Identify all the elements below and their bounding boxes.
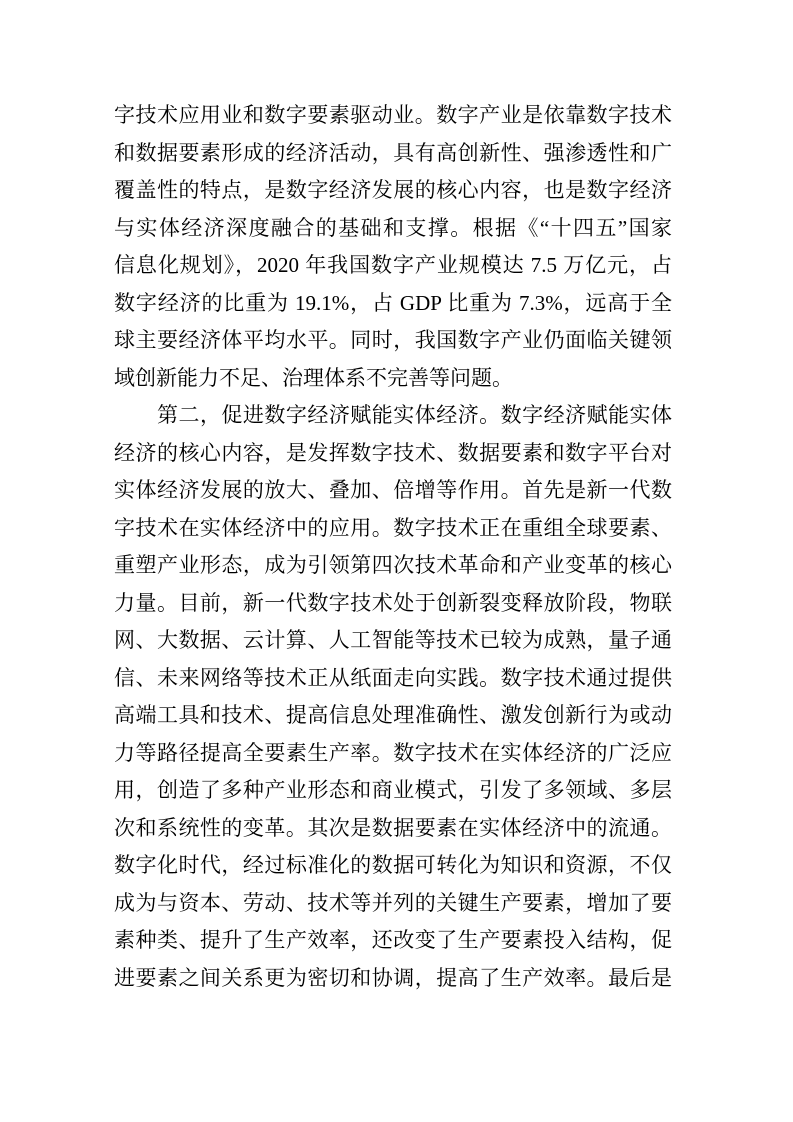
text-line: 次和系统性的变革。其次是数据要素在实体经济中的流通。 xyxy=(114,810,672,848)
text-line: 球主要经济体平均水平。同时，我国数字产业仍面临关键领 xyxy=(114,322,672,360)
text-line: 成为与资本、劳动、技术等并列的关键生产要素，增加了要 xyxy=(114,885,672,923)
text-line: 字技术应用业和数字要素驱动业。数字产业是依靠数字技术 xyxy=(114,97,672,135)
text-line: 覆盖性的特点，是数字经济发展的核心内容，也是数字经济 xyxy=(114,172,672,210)
text-line: 用，创造了多种产业形态和商业模式，引发了多领域、多层 xyxy=(114,772,672,810)
text-line: 高端工具和技术、提高信息处理准确性、激发创新行为或动 xyxy=(114,697,672,735)
text-line: 信、未来网络等技术正从纸面走向实践。数字技术通过提供 xyxy=(114,660,672,698)
text-line: 网、大数据、云计算、人工智能等技术已较为成熟，量子通 xyxy=(114,622,672,660)
text-line: 进要素之间关系更为密切和协调，提高了生产效率。最后是 xyxy=(114,960,672,998)
text-line: 素种类、提升了生产效率，还改变了生产要素投入结构，促 xyxy=(114,922,672,960)
text-line: 数字化时代，经过标准化的数据可转化为知识和资源，不仅 xyxy=(114,847,672,885)
document-page: 字技术应用业和数字要素驱动业。数字产业是依靠数字技术和数据要素形成的经济活动，具… xyxy=(0,0,793,1122)
text-line: 与实体经济深度融合的基础和支撑。根据《“十四五”国家 xyxy=(114,210,672,248)
text-line: 重塑产业形态，成为引领第四次技术革命和产业变革的核心 xyxy=(114,547,672,585)
text-line: 实体经济发展的放大、叠加、倍增等作用。首先是新一代数 xyxy=(114,472,672,510)
text-line: 和数据要素形成的经济活动，具有高创新性、强渗透性和广 xyxy=(114,135,672,173)
text-line: 经济的核心内容，是发挥数字技术、数据要素和数字平台对 xyxy=(114,435,672,473)
text-line: 第二，促进数字经济赋能实体经济。数字经济赋能实体 xyxy=(114,397,672,435)
text-line: 数字经济的比重为 19.1%，占 GDP 比重为 7.3%，远高于全 xyxy=(114,285,672,323)
paragraph-digital-industry: 字技术应用业和数字要素驱动业。数字产业是依靠数字技术和数据要素形成的经济活动，具… xyxy=(114,97,672,397)
text-line: 域创新能力不足、治理体系不完善等问题。 xyxy=(114,360,672,398)
document-body: 字技术应用业和数字要素驱动业。数字产业是依靠数字技术和数据要素形成的经济活动，具… xyxy=(114,97,672,997)
paragraph-empowering-real-economy: 第二，促进数字经济赋能实体经济。数字经济赋能实体经济的核心内容，是发挥数字技术、… xyxy=(114,397,672,997)
text-line: 力量。目前，新一代数字技术处于创新裂变释放阶段，物联 xyxy=(114,585,672,623)
text-line: 字技术在实体经济中的应用。数字技术正在重组全球要素、 xyxy=(114,510,672,548)
text-line: 信息化规划》，2020 年我国数字产业规模达 7.5 万亿元，占 xyxy=(114,247,672,285)
text-line: 力等路径提高全要素生产率。数字技术在实体经济的广泛应 xyxy=(114,735,672,773)
